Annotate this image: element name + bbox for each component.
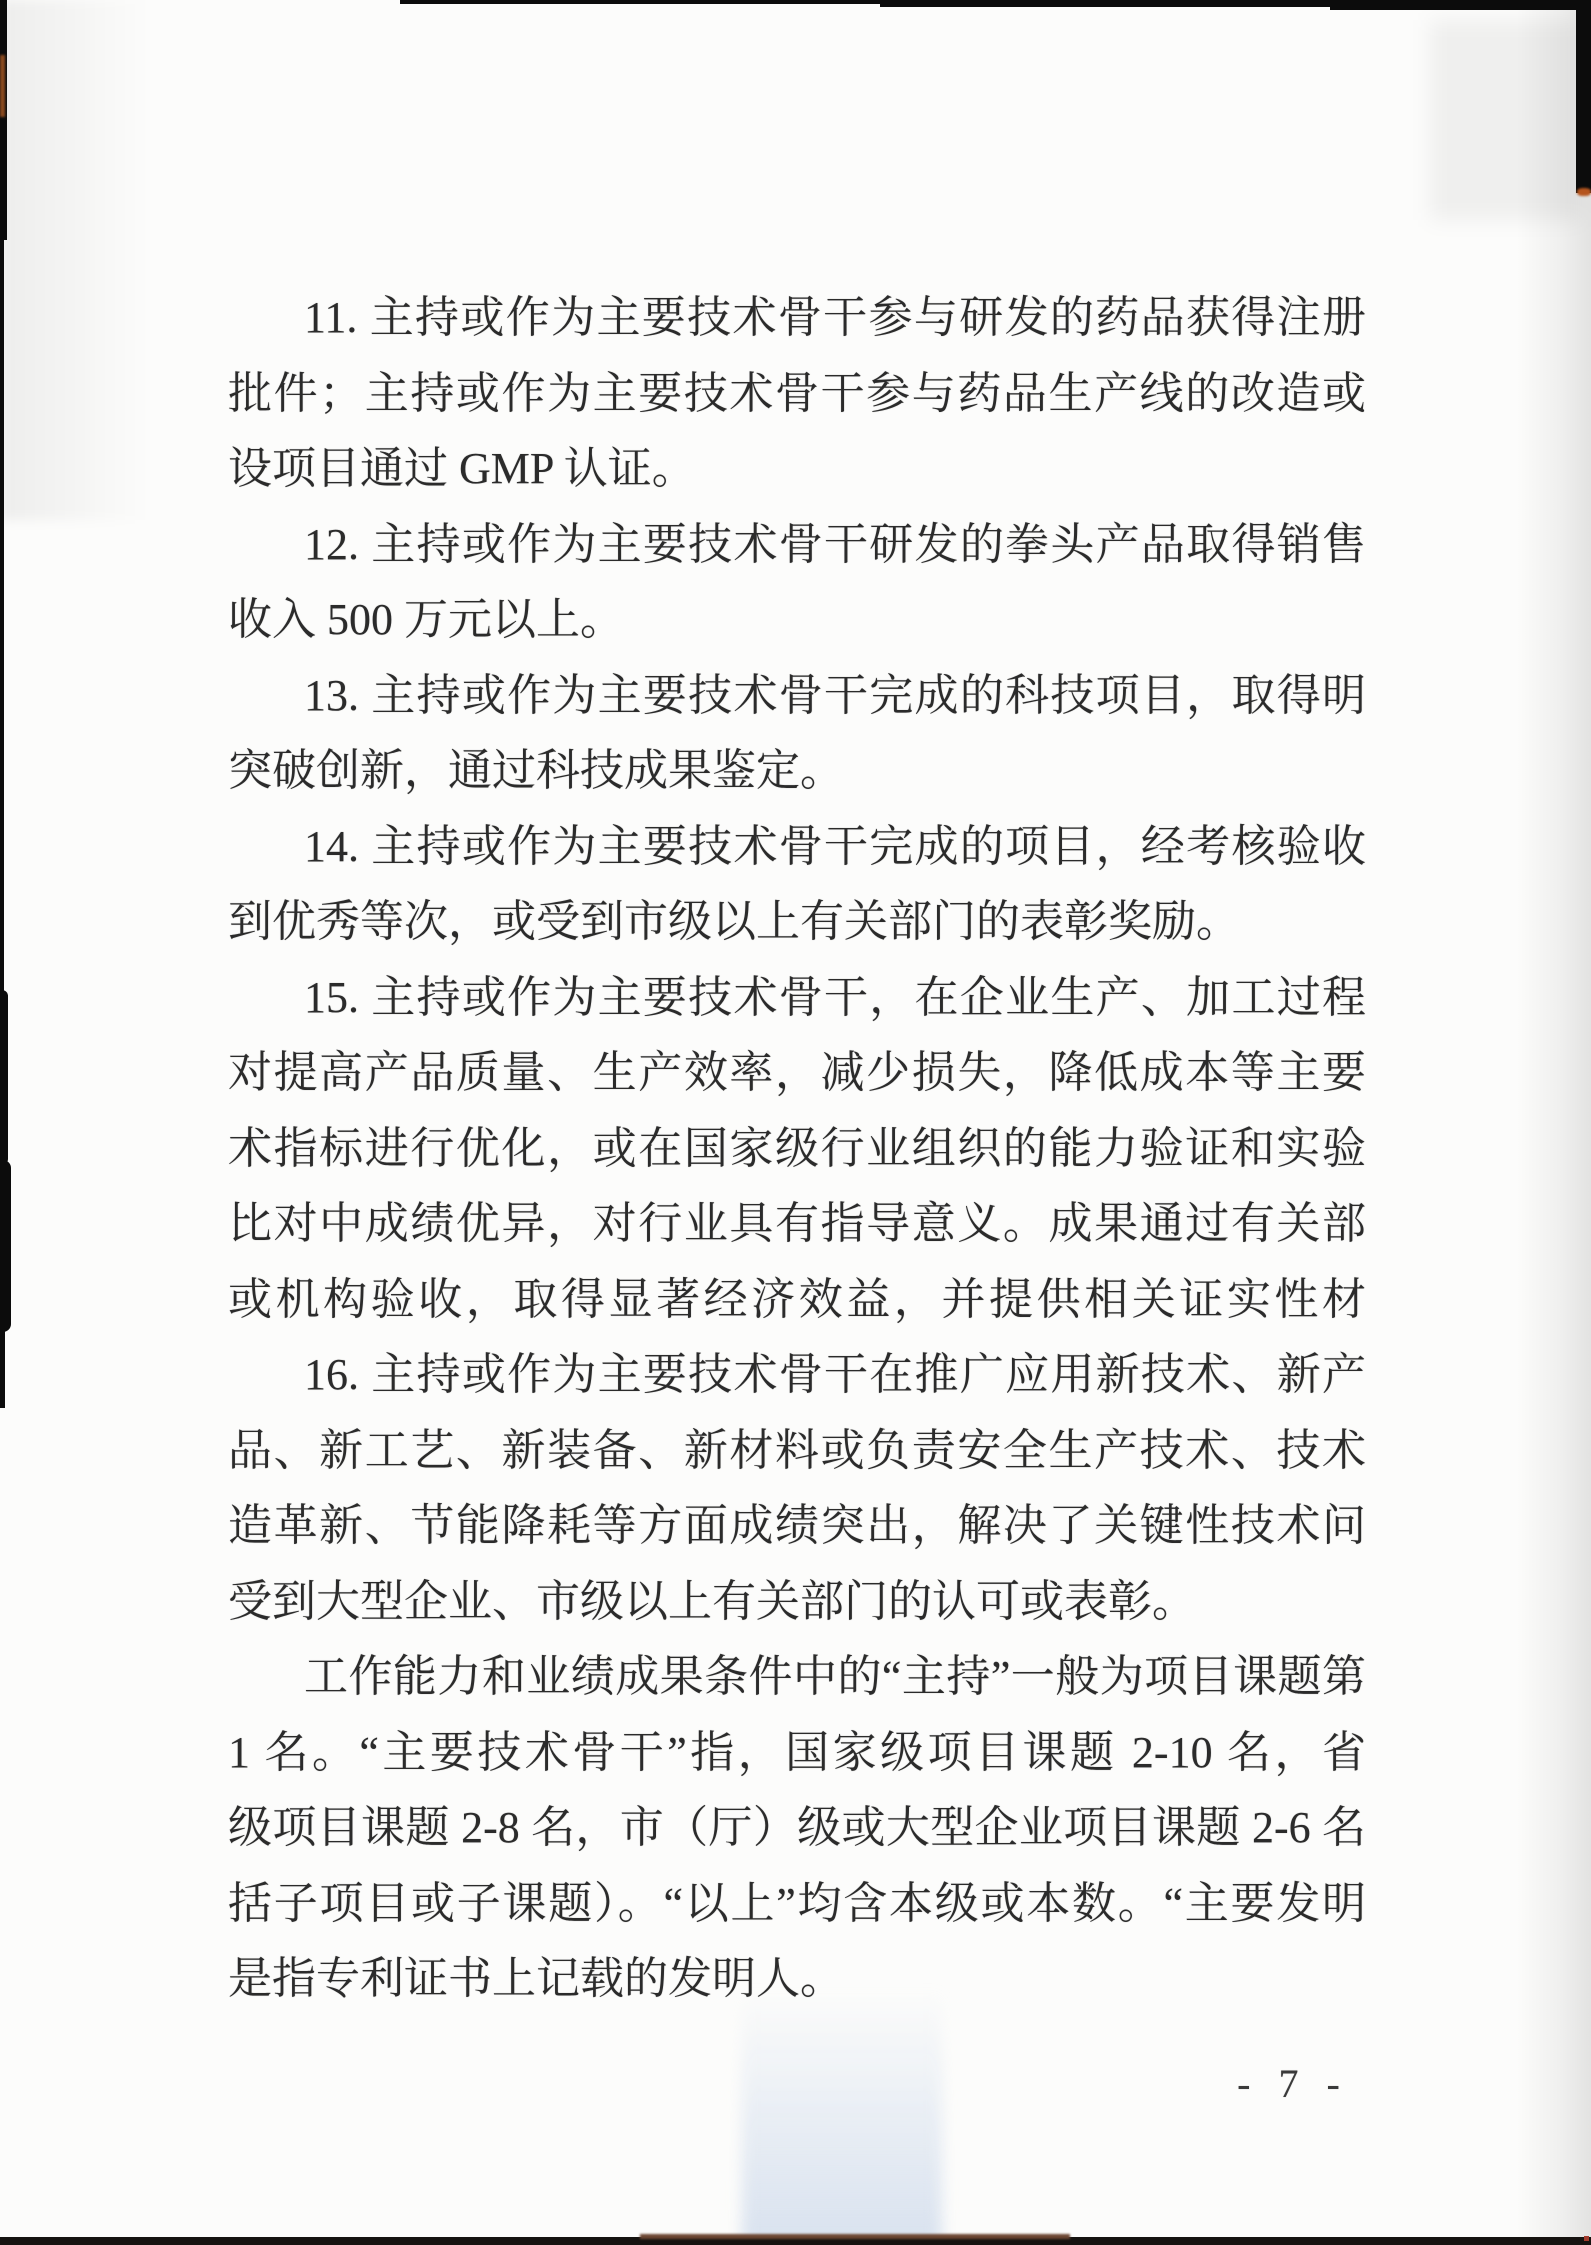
- text-line: 括子项目或子课题）。“以上”均含本级或本数。“主要发明人”: [228, 1866, 1366, 1942]
- text-line: 比对中成绩优异，对行业具有指导意义。成果通过有关部门: [228, 1186, 1366, 1262]
- text-line: 造革新、节能降耗等方面成绩突出，解决了关键性技术问题，: [228, 1488, 1366, 1564]
- text-line: 级项目课题 2-8 名，市（厅）级或大型企业项目课题 2-6 名（包: [228, 1790, 1366, 1866]
- scan-edge-left: [0, 1160, 11, 1332]
- text-block: 11. 主持或作为主要技术骨干参与研发的药品获得注册 批件；主持或作为主要技术骨…: [228, 280, 1366, 2017]
- text-line: 品、新工艺、新装备、新材料或负责安全生产技术、技术改: [228, 1413, 1366, 1489]
- text-line-14-end: 到优秀等次，或受到市级以上有关部门的表彰奖励。: [228, 884, 1366, 960]
- page-number: - 7 -: [1178, 2060, 1408, 2107]
- scan-edge-top-right: [1576, 0, 1591, 193]
- scan-edge-left: [0, 1330, 5, 1408]
- scan-smudge-orange: [0, 55, 5, 117]
- text-line-13-start: 13. 主持或作为主要技术骨干完成的科技项目，取得明显: [228, 658, 1366, 734]
- scan-edge-bottom-brown: [640, 2234, 1070, 2239]
- scan-streak-bottom-center: [742, 1990, 942, 2245]
- text-line-13-end: 突破创新，通过科技成果鉴定。: [228, 733, 1366, 809]
- scan-edge-top: [1330, 0, 1591, 10]
- document-page: { "doc": { "lines": [ "11. 主持或作为主要技术骨干参与…: [0, 0, 1591, 2245]
- text-line-11-start: 11. 主持或作为主要技术骨干参与研发的药品获得注册: [228, 280, 1366, 356]
- text-line: 术指标进行优化，或在国家级行业组织的能力验证和实验室: [228, 1111, 1366, 1187]
- scan-edge-left: [0, 235, 4, 995]
- text-line-15-start: 15. 主持或作为主要技术骨干，在企业生产、加工过程中，: [228, 960, 1366, 1036]
- text-line-12-end: 收入 500 万元以上。: [228, 582, 1366, 658]
- scan-edge-left: [0, 990, 8, 1165]
- scan-shade-right-top: [1430, 20, 1580, 220]
- scan-speck-bottom-right: [1584, 2236, 1589, 2241]
- text-line-note-start: 工作能力和业绩成果条件中的“主持”一般为项目课题第: [228, 1639, 1366, 1715]
- scan-shade-right: [1516, 0, 1591, 2245]
- text-line-16-start: 16. 主持或作为主要技术骨干在推广应用新技术、新产: [228, 1337, 1366, 1413]
- text-line: 批件；主持或作为主要技术骨干参与药品生产线的改造或建: [228, 356, 1366, 432]
- scan-edge-left: [0, 0, 7, 240]
- scan-edge-top: [400, 0, 880, 4]
- scan-shade-top-left: [0, 0, 150, 520]
- text-line-note-end: 是指专利证书上记载的发明人。: [228, 1941, 1366, 2017]
- scan-speck-orange: [1577, 188, 1591, 196]
- text-line-15-end: 或机构验收，取得显著经济效益，并提供相关证实性材料。: [228, 1262, 1366, 1338]
- text-line-16-end: 受到大型企业、市级以上有关部门的认可或表彰。: [228, 1564, 1366, 1640]
- text-line-11-end: 设项目通过 GMP 认证。: [228, 431, 1366, 507]
- text-line: 对提高产品质量、生产效率，减少损失，降低成本等主要技: [228, 1035, 1366, 1111]
- scan-edge-top: [880, 0, 1330, 7]
- text-line-12-start: 12. 主持或作为主要技术骨干研发的拳头产品取得销售: [228, 507, 1366, 583]
- text-line: 1 名。“主要技术骨干”指，国家级项目课题 2-10 名，省（部）: [228, 1715, 1366, 1791]
- text-line-14-start: 14. 主持或作为主要技术骨干完成的项目，经考核验收达: [228, 809, 1366, 885]
